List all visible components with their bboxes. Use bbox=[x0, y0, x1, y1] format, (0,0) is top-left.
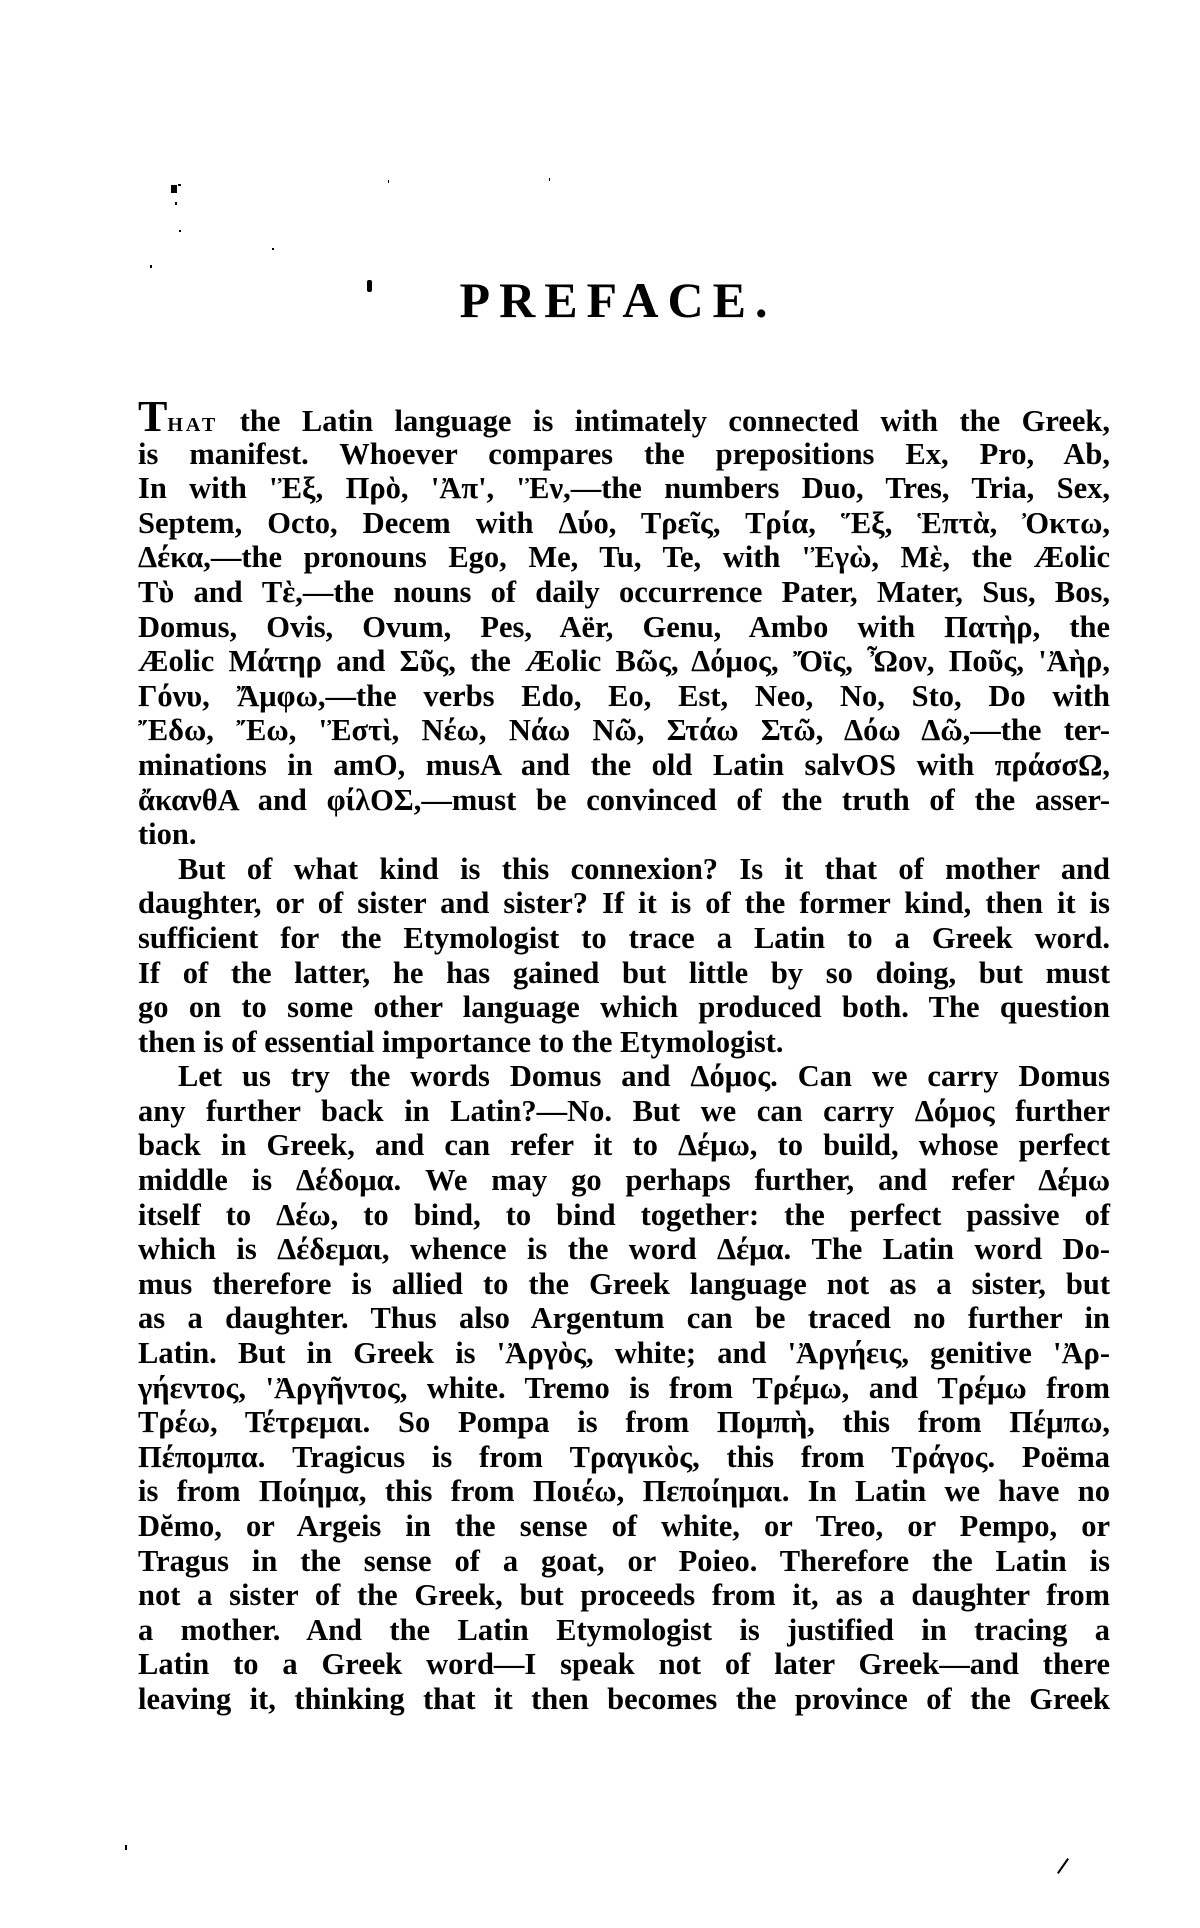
text-line: Let us try the words Domus and Δόμος. Ca… bbox=[138, 1059, 1110, 1094]
scan-speck bbox=[175, 202, 177, 205]
text-line: tion. bbox=[138, 817, 1110, 852]
text-line: daughter, or of sister and sister? If it… bbox=[138, 886, 1110, 921]
text-line: Πέπομπα. Tragicus is from Τραγικὸς, this… bbox=[138, 1440, 1110, 1475]
text-line: as a daughter. Thus also Argentum can be… bbox=[138, 1301, 1110, 1336]
text-line: itself to Δέω, to bind, to bind together… bbox=[138, 1198, 1110, 1233]
text-line: Τὺ and Τὲ,—the nouns of daily occurrence… bbox=[138, 575, 1110, 610]
text-line: Latin. But in Greek is 'Ἀργὸς, white; an… bbox=[138, 1336, 1110, 1371]
scan-speck bbox=[272, 248, 274, 250]
text-line: Ἔδω, Ἔω, 'Ἐστὶ, Νέω, Νάω Νῶ, Στάω Στῶ, Δ… bbox=[138, 713, 1110, 748]
text-line: Latin to a Greek word—I speak not of lat… bbox=[138, 1647, 1110, 1682]
scan-speck bbox=[125, 1845, 127, 1850]
text-line: back in Greek, and can refer it to Δέμω,… bbox=[138, 1128, 1110, 1163]
text-line: which is Δέδεμαι, whence is the word Δέμ… bbox=[138, 1232, 1110, 1267]
line-text: the Latin language is intimately connect… bbox=[218, 404, 1110, 438]
text-line: not a sister of the Greek, but proceeds … bbox=[138, 1578, 1110, 1613]
paragraph-2: But of what kind is this connexion? Is i… bbox=[138, 852, 1110, 1060]
text-line: If of the latter, he has gained but litt… bbox=[138, 956, 1110, 991]
text-line: is from Ποίημα, this from Ποιέω, Πεποίημ… bbox=[138, 1474, 1110, 1509]
text-line: Tragus in the sense of a goat, or Poieo.… bbox=[138, 1544, 1110, 1579]
drop-cap: T bbox=[138, 392, 167, 441]
text-line: is manifest. Whoever compares the prepos… bbox=[138, 437, 1110, 472]
scan-speck bbox=[549, 178, 550, 181]
text-line: Domus, Ovis, Ovum, Pes, Aër, Genu, Ambo … bbox=[138, 610, 1110, 645]
text-line: THAT the Latin language is intimately co… bbox=[138, 402, 1110, 437]
text-line: γήεντος, 'Ἀργῆντος, white. Tremo is from… bbox=[138, 1371, 1110, 1406]
text-line: minations in amO, musA and the old Latin… bbox=[138, 748, 1110, 783]
text-line: then is of essential importance to the E… bbox=[138, 1025, 1110, 1060]
text-line: Septem, Octo, Decem with Δύο, Τρεῖς, Τρί… bbox=[138, 506, 1110, 541]
scan-speck bbox=[388, 180, 389, 183]
paragraph-3: Let us try the words Domus and Δόμος. Ca… bbox=[138, 1059, 1110, 1716]
page-title: PREFACE. bbox=[0, 270, 1200, 330]
text-line: But of what kind is this connexion? Is i… bbox=[138, 852, 1110, 887]
scan-speck bbox=[171, 185, 177, 193]
text-line: any further back in Latin?—No. But we ca… bbox=[138, 1094, 1110, 1129]
text-line: Dĕmo, or Argeis in the sense of white, o… bbox=[138, 1509, 1110, 1544]
text-line: sufficient for the Etymologist to trace … bbox=[138, 921, 1110, 956]
scan-speck bbox=[150, 265, 152, 268]
scan-speck bbox=[178, 184, 181, 186]
text-line: a mother. And the Latin Etymologist is j… bbox=[138, 1613, 1110, 1648]
text-line: Γόνυ, Ἄμφω,—the verbs Edo, Eo, Est, Neo,… bbox=[138, 679, 1110, 714]
text-line: go on to some other language which produ… bbox=[138, 990, 1110, 1025]
small-caps: HAT bbox=[167, 414, 218, 436]
text-line: ἄκανθΑ and φίλΟΣ,—must be convinced of t… bbox=[138, 783, 1110, 818]
text-line: mus therefore is allied to the Greek lan… bbox=[138, 1267, 1110, 1302]
text-line: middle is Δέδομα. We may go perhaps furt… bbox=[138, 1163, 1110, 1198]
text-line: leaving it, thinking that it then become… bbox=[138, 1682, 1110, 1717]
text-line: Τρέω, Τέτρεμαι. So Pompa is from Πομπὴ, … bbox=[138, 1405, 1110, 1440]
text-line: Δέκα,—the pronouns Ego, Me, Tu, Te, with… bbox=[138, 540, 1110, 575]
scan-speck bbox=[179, 230, 181, 232]
preface-body: THAT the Latin language is intimately co… bbox=[138, 402, 1110, 1717]
scanned-page: PREFACE. THAT the Latin language is inti… bbox=[0, 0, 1200, 1928]
scan-mark bbox=[1057, 1858, 1069, 1874]
paragraph-1: THAT the Latin language is intimately co… bbox=[138, 402, 1110, 852]
text-line: Æolic Μάτηρ and Σῦς, the Æolic Βῶς, Δόμο… bbox=[138, 644, 1110, 679]
text-line: In with 'Ἐξ, Πρὸ, 'Ἀπ', 'Ἐν,—the numbers… bbox=[138, 471, 1110, 506]
